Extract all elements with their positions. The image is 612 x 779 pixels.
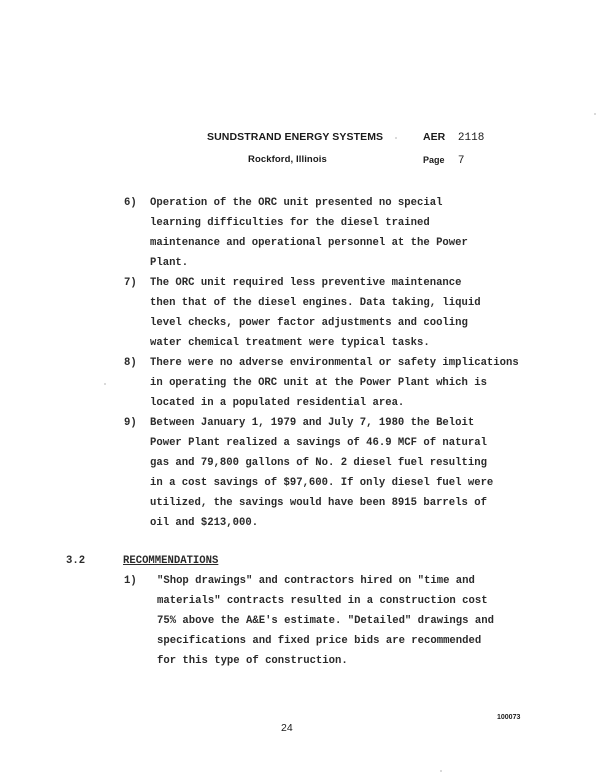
text-line: located in a populated residential area. [150,393,524,413]
text-line: then that of the diesel engines. Data ta… [150,293,524,313]
page-row: Page 7 [423,154,484,167]
item-number: 1) [124,571,137,591]
document-id: 100073 [497,714,520,721]
text-line: specifications and fixed price bids are … [157,631,544,651]
item-number: 8) [124,353,137,373]
item-number: 9) [124,413,137,433]
text-line: The ORC unit required less preventive ma… [150,273,524,293]
section-title: RECOMMENDATIONS [123,551,218,571]
scan-speck [104,383,106,385]
report-number: 2118 [458,132,484,144]
item-number: 7) [124,273,137,293]
page-label: Page [423,155,453,165]
text-line: 75% above the A&E's estimate. "Detailed"… [157,611,544,631]
scan-speck [395,137,397,139]
recommendation-item-1: 1) "Shop drawings" and contractors hired… [124,571,544,671]
text-line: Plant. [150,253,524,273]
text-line: Between January 1, 1979 and July 7, 1980… [150,413,524,433]
footer-page-number: 24 [281,722,293,734]
text-line: Operation of the ORC unit presented no s… [150,193,524,213]
finding-item-9: 9) Between January 1, 1979 and July 7, 1… [124,413,524,533]
letterhead: SUNDSTRAND ENERGY SYSTEMS Rockford, Illi… [207,131,383,165]
item-text: The ORC unit required less preventive ma… [150,273,524,353]
text-line: There were no adverse environmental or s… [150,353,524,373]
company-name: SUNDSTRAND ENERGY SYSTEMS [207,131,383,143]
text-line: in a cost savings of $97,600. If only di… [150,473,524,493]
text-line: "Shop drawings" and contractors hired on… [157,571,544,591]
text-line: water chemical treatment were typical ta… [150,333,524,353]
item-number: 6) [124,193,137,213]
text-line: level checks, power factor adjustments a… [150,313,524,333]
text-line: learning difficulties for the diesel tra… [150,213,524,233]
text-line: Power Plant realized a savings of 46.9 M… [150,433,524,453]
text-line: materials" contracts resulted in a const… [157,591,544,611]
finding-item-8: 8) There were no adverse environmental o… [124,353,524,413]
scan-speck [440,770,442,772]
text-line: in operating the ORC unit at the Power P… [150,373,524,393]
item-text: Operation of the ORC unit presented no s… [150,193,524,273]
text-line: oil and $213,000. [150,513,524,533]
item-text: "Shop drawings" and contractors hired on… [157,571,544,671]
finding-item-6: 6) Operation of the ORC unit presented n… [124,193,524,273]
header-page-number: 7 [458,155,465,167]
report-number-row: AER 2118 [423,131,484,144]
text-line: for this type of construction. [157,651,544,671]
finding-item-7: 7) The ORC unit required less preventive… [124,273,524,353]
item-text: Between January 1, 1979 and July 7, 1980… [150,413,524,533]
text-line: utilized, the savings would have been 89… [150,493,524,513]
report-label: AER [423,131,453,143]
item-text: There were no adverse environmental or s… [150,353,524,413]
company-location: Rockford, Illinois [248,154,383,165]
section-number: 3.2 [66,551,85,571]
text-line: maintenance and operational personnel at… [150,233,524,253]
scan-speck [594,113,596,115]
report-reference: AER 2118 Page 7 [423,131,484,167]
text-line: gas and 79,800 gallons of No. 2 diesel f… [150,453,524,473]
